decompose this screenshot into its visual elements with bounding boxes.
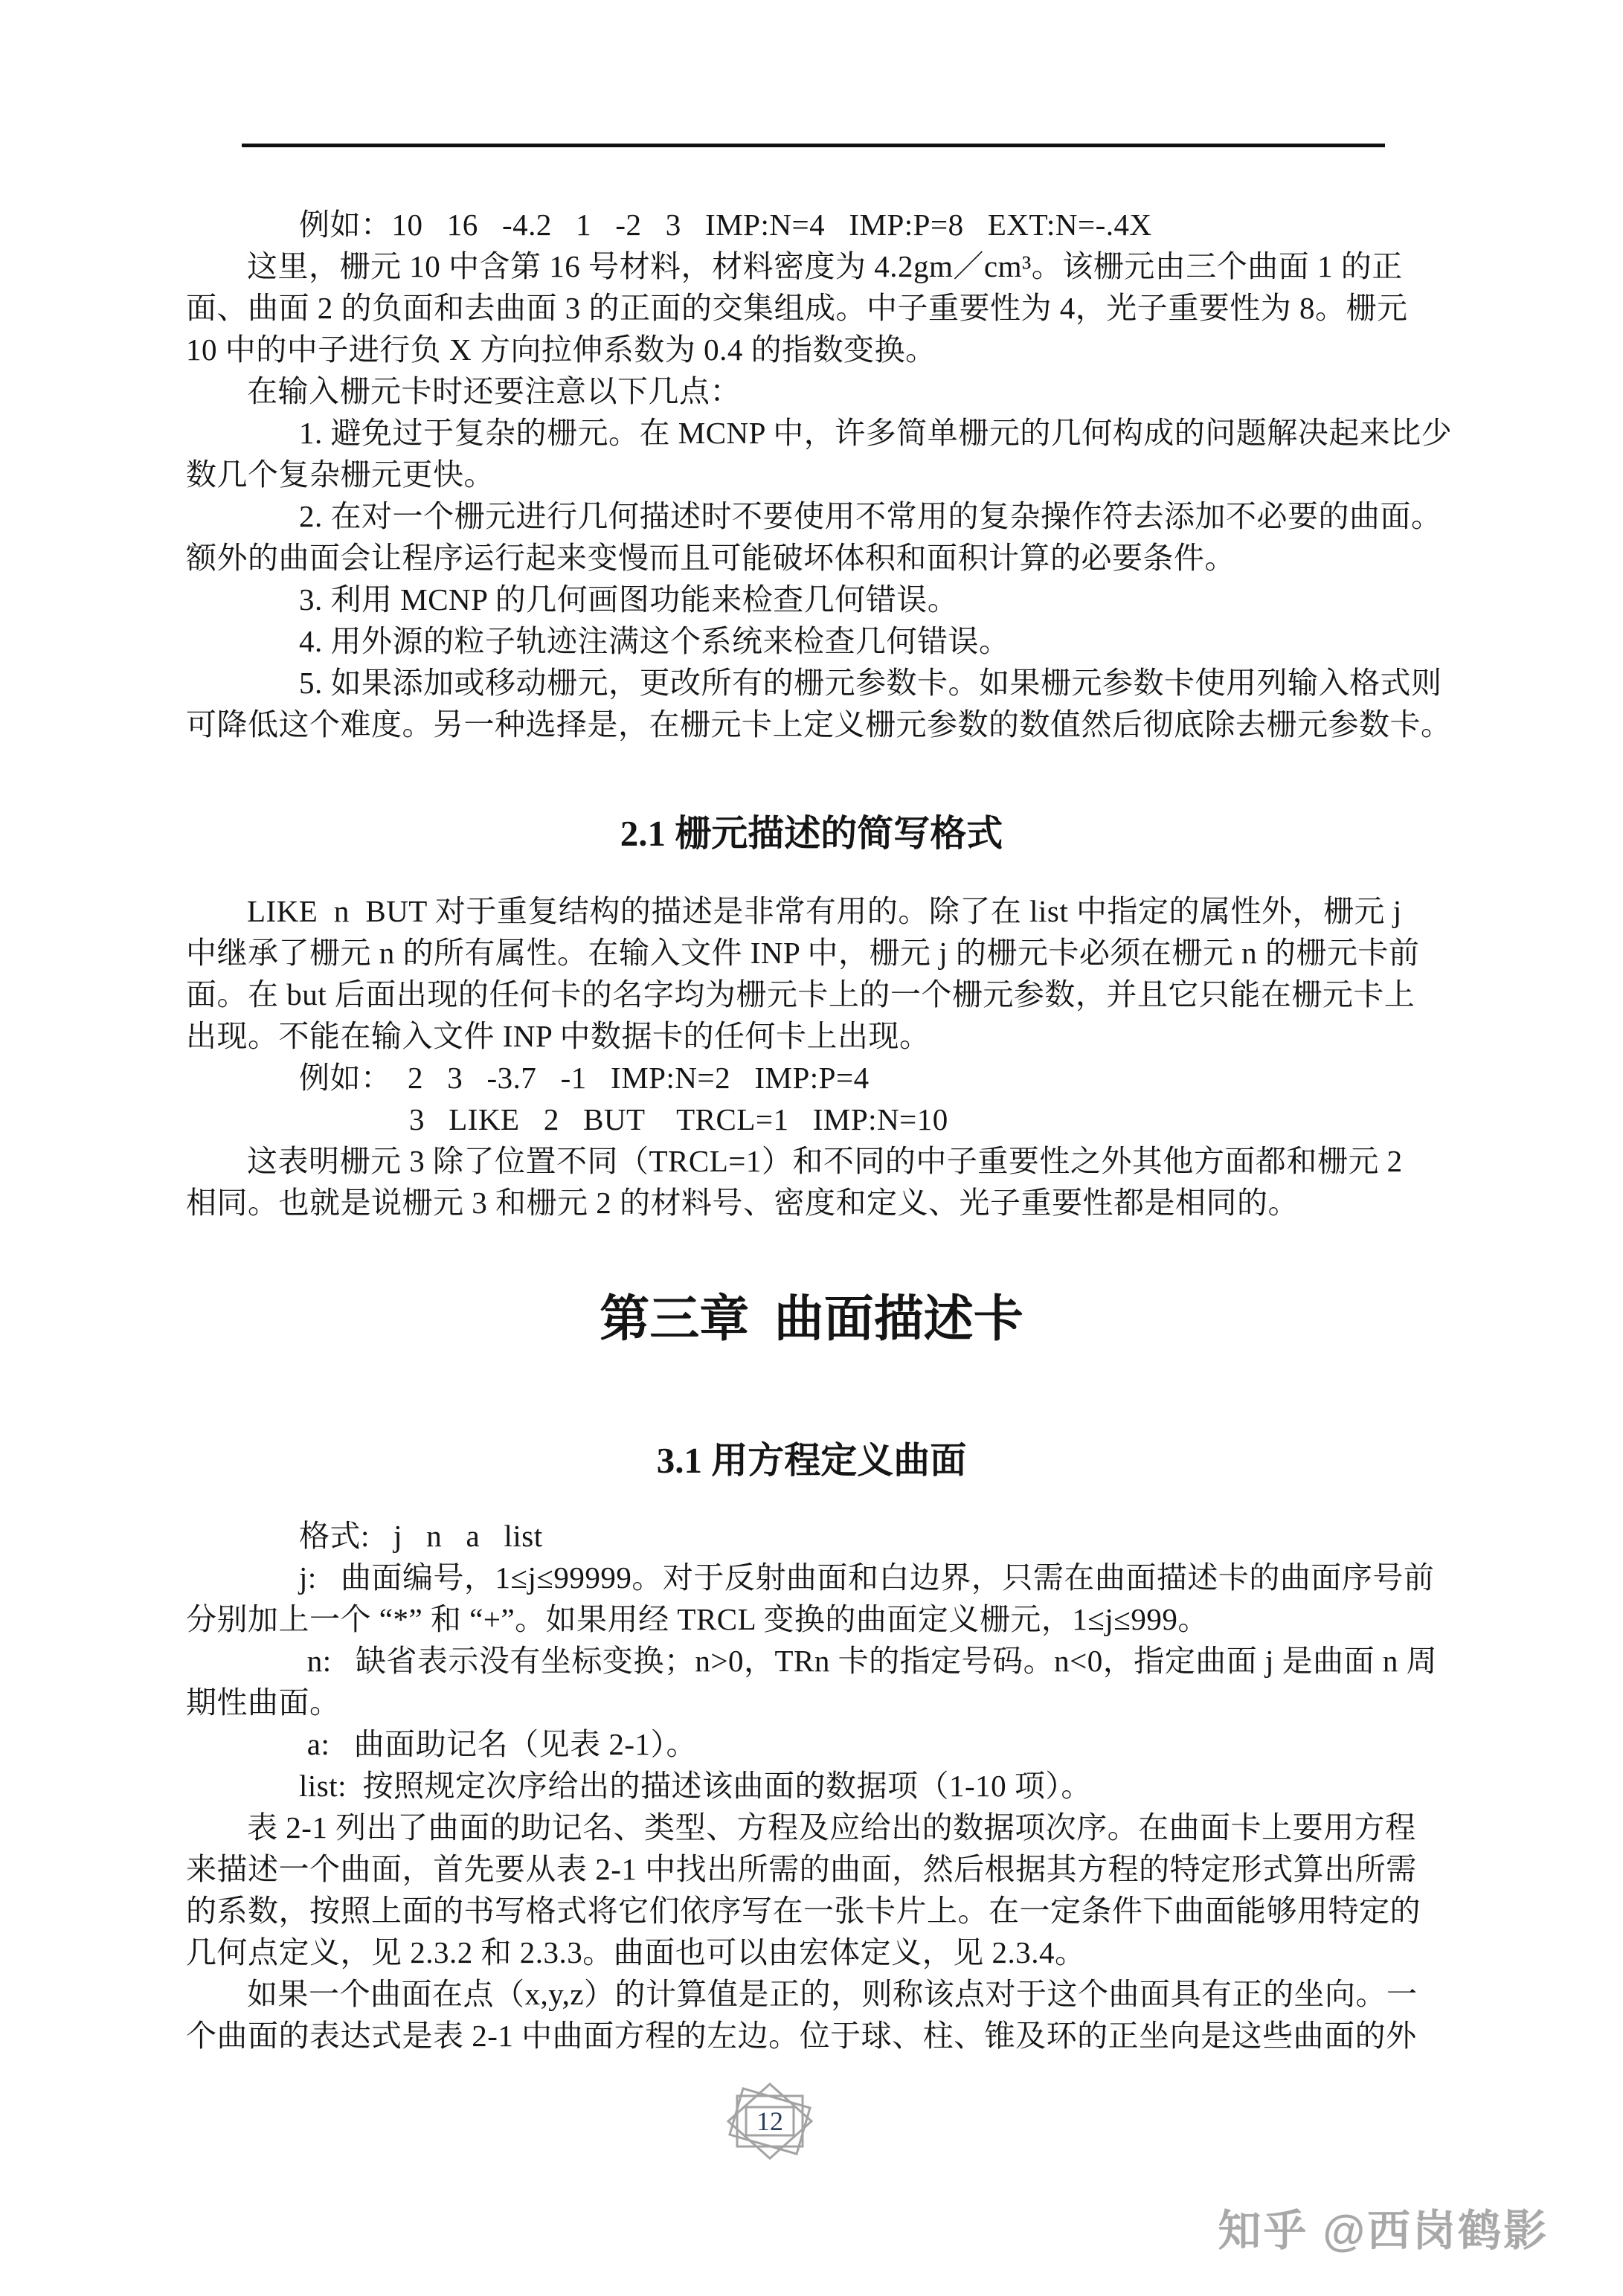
text-line: 来描述一个曲面，首先要从表 2-1 中找出所需的曲面，然后根据其方程的特定形式算… [186,1848,1406,1890]
text-line: 面。在 but 后面出现的任何卡的名字均为栅元卡上的一个栅元参数，并且它只能在栅… [186,974,1406,1015]
text-line: 10 中的中子进行负 X 方向拉伸系数为 0.4 的指数变换。 [186,329,1406,370]
text-line: 出现。不能在输入文件 INP 中数据卡的任何卡上出现。 [186,1015,1406,1057]
text-line: 数几个复杂栅元更快。 [186,454,1406,495]
text-line: 3. 利用 MCNP 的几何画图功能来检查几何错误。 [186,579,1406,620]
text-line: 5. 如果添加或移动栅元，更改所有的栅元参数卡。如果栅元参数卡使用列输入格式则 [186,662,1406,704]
section-2-1-heading: 2.1 栅元描述的简写格式 [0,808,1623,860]
text-line: a: 曲面助记名（见表 2-1）。 [186,1723,1406,1765]
text-line: 表 2-1 列出了曲面的助记名、类型、方程及应给出的数据项次序。在曲面卡上要用方… [186,1807,1406,1848]
text-line: 分别加上一个 “*” 和 “+”。如果用经 TRCL 变换的曲面定义栅元，1≤j… [186,1598,1406,1640]
text-line: 期性曲面。 [186,1682,1406,1723]
text-line: 中继承了栅元 n 的所有属性。在输入文件 INP 中，栅元 j 的栅元卡必须在栅… [186,932,1406,974]
text-line: 这里，栅元 10 中含第 16 号材料，材料密度为 4.2gm／cm³。该栅元由… [186,245,1406,287]
text-line: list: 按照规定次序给出的描述该曲面的数据项（1-10 项）。 [186,1765,1406,1807]
text-line: 例如： 2 3 -3.7 -1 IMP:N=2 IMP:P=4 [186,1057,1406,1099]
text-line: 例如：10 16 -4.2 1 -2 3 IMP:N=4 IMP:P=8 EXT… [186,204,1406,245]
text-line: 面、曲面 2 的负面和去曲面 3 的正面的交集组成。中子重要性为 4，光子重要性… [186,287,1406,329]
text-line: 可降低这个难度。另一种选择是，在栅元卡上定义栅元参数的数值然后彻底除去栅元参数卡… [186,704,1406,745]
document-page: 例如：10 16 -4.2 1 -2 3 IMP:N=4 IMP:P=8 EXT… [0,0,1623,2296]
text-line: 1. 避免过于复杂的栅元。在 MCNP 中，许多简单栅元的几何构成的问题解决起来… [186,412,1406,454]
text-line: 3 LIKE 2 BUT TRCL=1 IMP:N=10 [186,1099,1406,1140]
header-divider [242,144,1385,147]
page-number: 12 [725,2083,814,2160]
text-line: 的系数，按照上面的书写格式将它们依序写在一张卡片上。在一定条件下曲面能够用特定的 [186,1890,1406,1932]
chapter-3-heading: 第三章 曲面描述卡 [0,1285,1623,1354]
text-line: 格式: j n a list [186,1515,1406,1557]
text-line: 2. 在对一个栅元进行几何描述时不要使用不常用的复杂操作符去添加不必要的曲面。 [186,495,1406,537]
text-line: 在输入栅元卡时还要注意以下几点： [186,370,1406,412]
text-line: 相同。也就是说栅元 3 和栅元 2 的材料号、密度和定义、光子重要性都是相同的。 [186,1182,1406,1223]
text-line: 如果一个曲面在点（x,y,z）的计算值是正的，则称该点对于这个曲面具有正的坐向。… [186,1973,1406,2015]
text-line: 这表明栅元 3 除了位置不同（TRCL=1）和不同的中子重要性之外其他方面都和栅… [186,1140,1406,1182]
page-number-ornament: 12 [725,2083,814,2160]
text-line: 几何点定义，见 2.3.2 和 2.3.3。曲面也可以由宏体定义，见 2.3.4… [186,1932,1406,1973]
text-line: j: 曲面编号，1≤j≤99999。对于反射曲面和白边界，只需在曲面描述卡的曲面… [186,1557,1406,1598]
text-line: 额外的曲面会让程序运行起来变慢而且可能破坏体积和面积计算的必要条件。 [186,537,1406,579]
intro-paragraphs: 例如：10 16 -4.2 1 -2 3 IMP:N=4 IMP:P=8 EXT… [186,204,1406,745]
text-line: 个曲面的表达式是表 2-1 中曲面方程的左边。位于球、柱、锥及环的正坐向是这些曲… [186,2015,1406,2057]
text-line: LIKE n BUT 对于重复结构的描述是非常有用的。除了在 list 中指定的… [186,890,1406,932]
watermark-text: 知乎 @西岗鹤影 [1218,2196,1549,2258]
text-line: n: 缺省表示没有坐标变换；n>0，TRn 卡的指定号码。n<0，指定曲面 j … [186,1640,1406,1682]
section-3-1-paragraphs: 格式: j n a listj: 曲面编号，1≤j≤99999。对于反射曲面和白… [186,1515,1406,2057]
text-line: 4. 用外源的粒子轨迹注满这个系统来检查几何错误。 [186,620,1406,662]
section-2-1-paragraphs: LIKE n BUT 对于重复结构的描述是非常有用的。除了在 list 中指定的… [186,890,1406,1223]
section-3-1-heading: 3.1 用方程定义曲面 [0,1435,1623,1487]
